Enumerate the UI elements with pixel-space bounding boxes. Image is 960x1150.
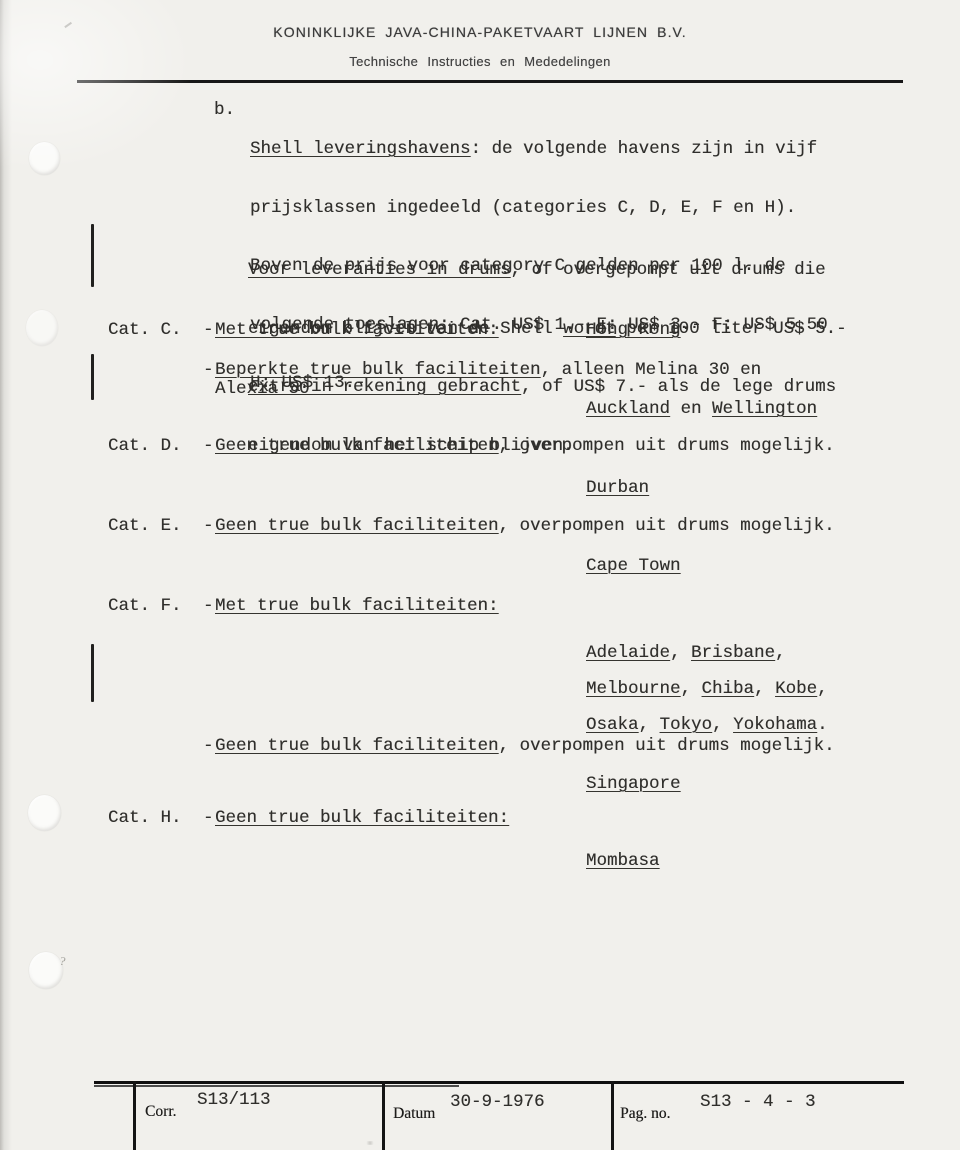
datum-label: Datum [393,1105,435,1123]
facility-line: Geen true bulk faciliteiten: [215,809,509,829]
category-label-e: Cat. E. [108,517,182,537]
document-series-subtitle: Technische Instructies en Mededelingen [0,54,960,69]
list-dash: - [203,321,214,341]
list-dash: - [203,597,214,617]
port-name-line: Osaka, Tokyo, Yokohama. [586,716,828,736]
paragraph-line: prijsklassen ingedeeld (categories C, D,… [250,199,828,219]
category-label-h: Cat. H. [108,809,182,829]
corr-value: S13/113 [197,1091,271,1111]
port-name-line: Hong Kong [586,321,681,341]
footer-rule [94,1081,904,1084]
punch-hole [26,310,58,346]
scan-speck [365,1141,375,1145]
footer-cell-divider [611,1081,614,1150]
item-marker-b: b. [214,101,235,121]
list-dash: - [203,517,214,537]
port-name-line: Adelaide, Brisbane, [586,644,786,664]
port-name-line: Melbourne, Chiba, Kobe, [586,680,828,700]
category-label-c: Cat. C. [108,321,182,341]
facility-line: Alexia 50 [215,380,310,400]
margin-revision-bar [91,224,94,287]
footer-cell-divider [382,1081,385,1150]
margin-revision-bar [91,354,94,400]
category-label-f: Cat. F. [108,597,182,617]
pencil-question-mark: ? [58,954,66,970]
list-dash: - [203,437,214,457]
corr-label: Corr. [145,1103,176,1121]
list-dash: - [203,361,214,381]
list-dash: - [203,737,214,757]
port-name-line: Auckland en Wellington [586,400,817,420]
port-name-line: Singapore [586,775,681,795]
footer-cell-divider [133,1081,136,1150]
punch-hole [29,142,60,175]
facility-line: Met true bulk faciliteiten: [215,597,499,617]
datum-value: 30-9-1976 [450,1093,545,1113]
paragraph-line: extra in rekening gebracht, of US$ 7.- a… [248,378,847,398]
punch-hole [28,795,61,831]
page-number-value: S13 - 4 - 3 [700,1093,816,1113]
port-name-line: Durban [586,479,649,499]
paragraph-line: Voor leveranties in drums, of overgepomp… [248,261,847,281]
paragraph-line: Shell leveringshavens: de volgende haven… [250,140,828,160]
scanned-document-page: KONINKLIJKE JAVA-CHINA-PAKETVAART LIJNEN… [0,0,960,1150]
list-dash: - [203,809,214,829]
company-name: KONINKLIJKE JAVA-CHINA-PAKETVAART LIJNEN… [0,24,960,40]
facility-line: Geen true bulk faciliteiten, overpompen … [215,737,835,757]
facility-line: Geen true bulk faciliteiten, overpompen … [215,437,835,457]
margin-revision-bar [91,644,94,702]
punch-hole [29,952,63,989]
footer-rule-restrike [94,1085,459,1087]
category-label-d: Cat. D. [108,437,182,457]
facility-line: Geen true bulk faciliteiten, overpompen … [215,517,835,537]
facility-line: Met true bulk faciliteiten: [215,321,499,341]
header-rule [77,80,903,83]
page-number-label: Pag. no. [620,1105,670,1123]
facility-line: Beperkte true bulk faciliteiten, alleen … [215,361,761,381]
port-name-line: Mombasa [586,852,660,872]
port-name-line: Cape Town [586,557,681,577]
